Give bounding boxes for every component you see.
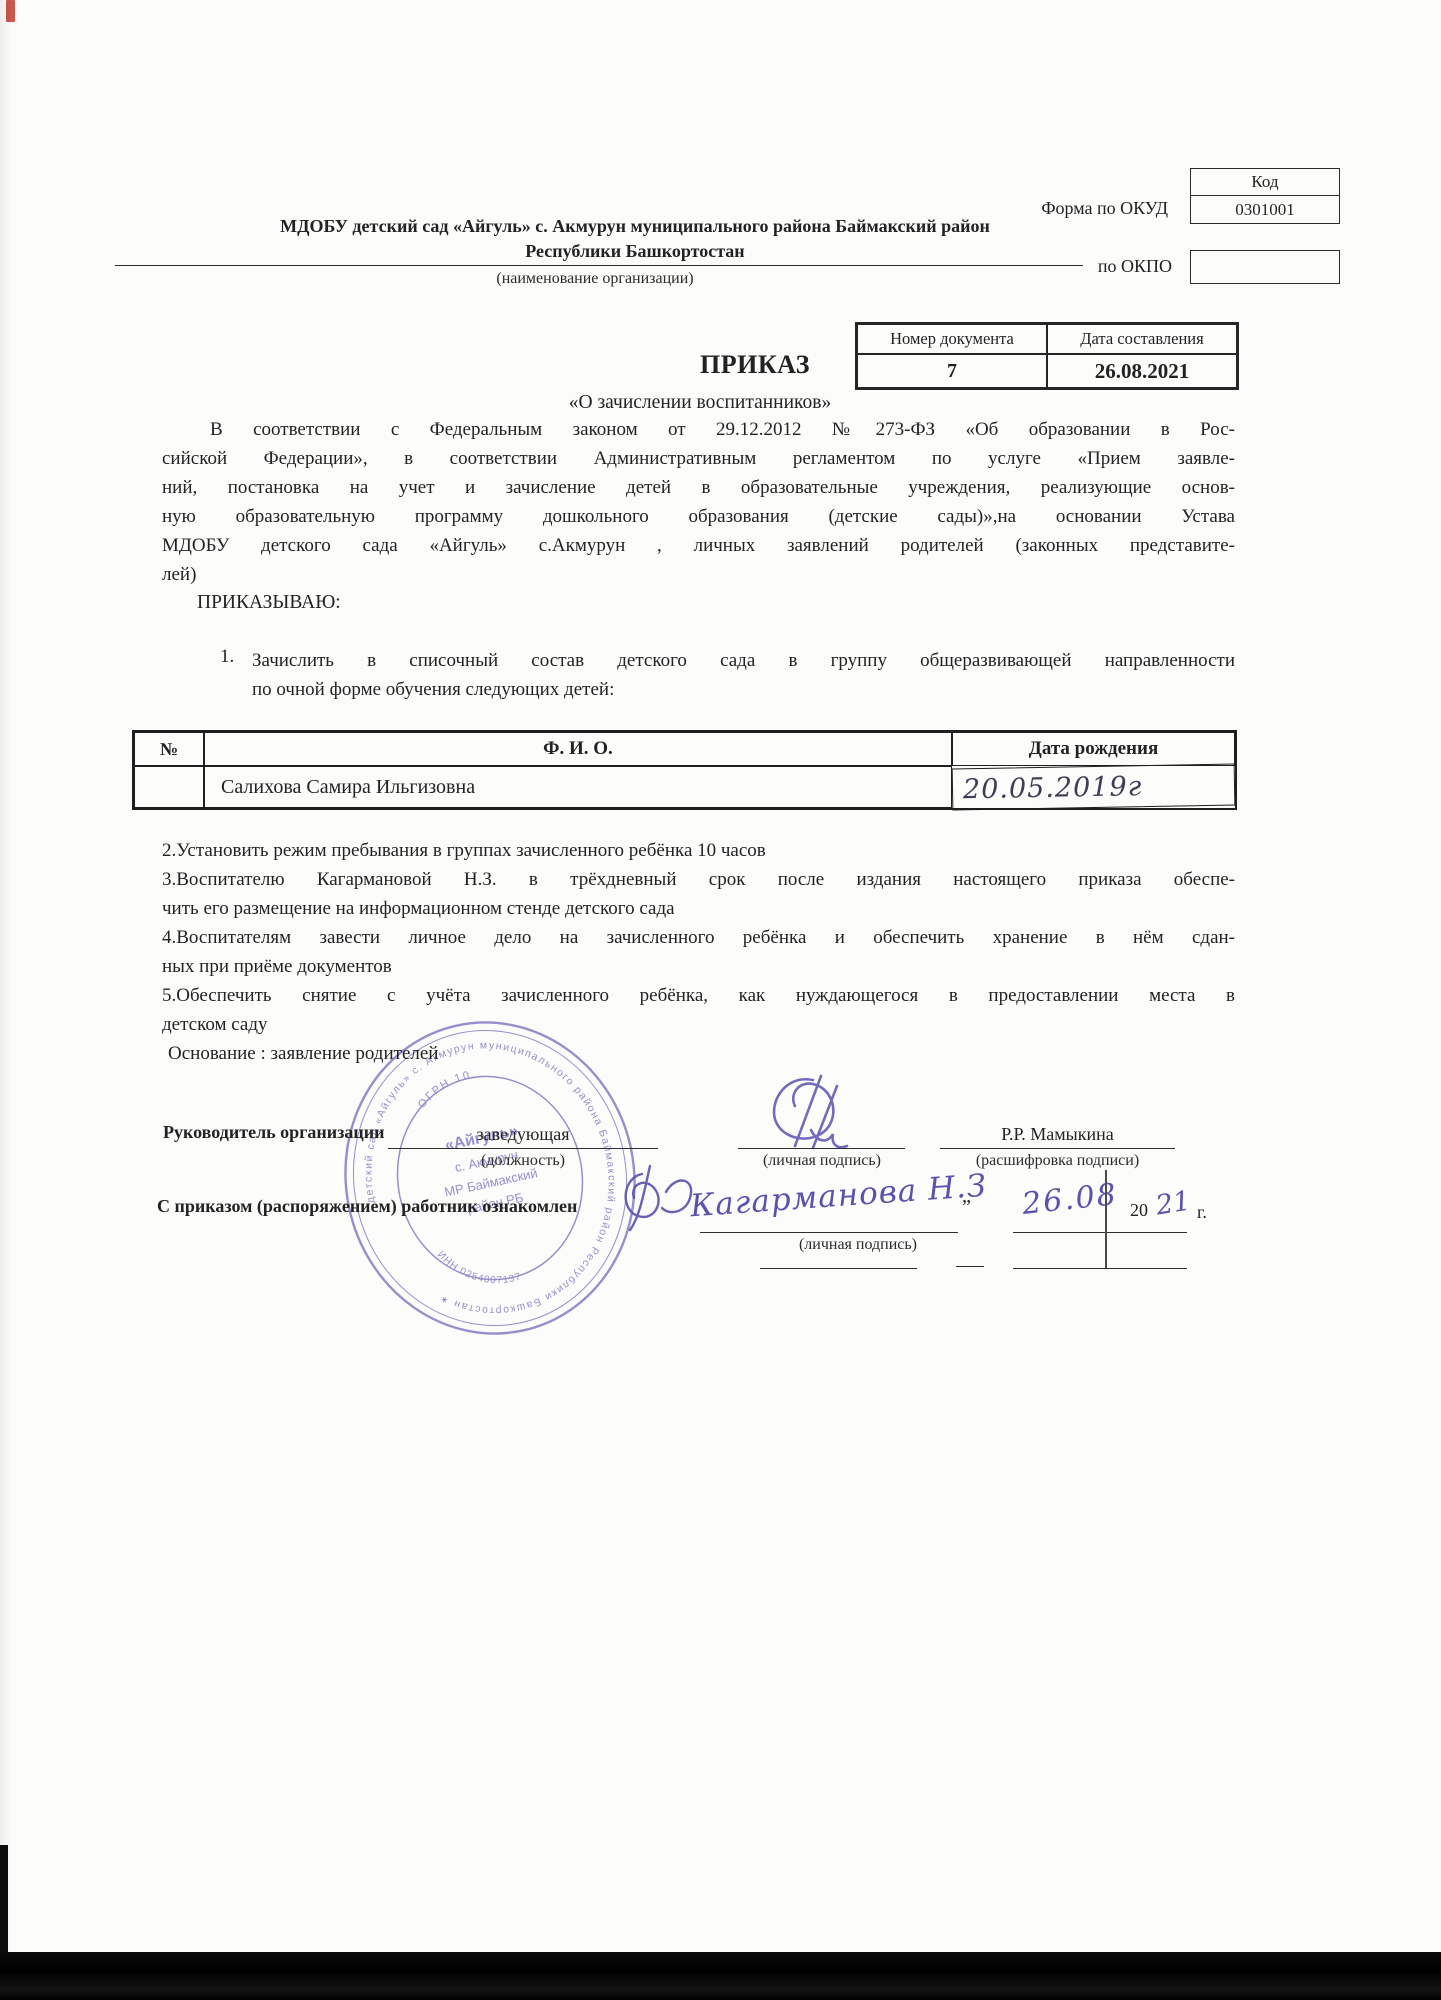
children-table-col-dob: Дата рождения (952, 732, 1235, 766)
order-item-line: ных при приёме документов (162, 952, 1235, 981)
preamble-line: ний, постановка на учет и зачисление дет… (162, 473, 1235, 502)
ack-sign-line (700, 1232, 958, 1233)
personal-sign-caption: (личная подпись) (722, 1152, 922, 1170)
order-item-line: детском саду (162, 1010, 1235, 1039)
children-table-col-num: № (134, 732, 204, 766)
blank-line-left (760, 1268, 917, 1269)
svg-text:ОГРН 10: ОГРН 10 (411, 1069, 476, 1112)
order-items: 2.Установить режим пребывания в группах … (162, 836, 1235, 1068)
position-value: заведующая (388, 1124, 658, 1145)
doc-date-value-cell: 26.08.2021 (1047, 354, 1237, 388)
handwritten-signature-flourish (612, 1162, 702, 1234)
item1-line2: по очной форме обучения следующих детей: (252, 675, 1235, 704)
okud-code-cell: 0301001 (1191, 195, 1339, 223)
org-name-caption: (наименование организации) (155, 270, 1035, 288)
order-item-line: 3.Воспитателю Кагармановой Н.З. в трёхдн… (162, 865, 1235, 894)
org-name-line1: МДОБУ детский сад «Айгуль» с. Акмурун му… (195, 216, 1075, 237)
org-name-underline (115, 265, 1083, 266)
order-item-line: чить его размещение на информационном ст… (162, 894, 1235, 923)
year-suffix-label: г. (1197, 1202, 1207, 1223)
item1-line1: Зачислить в списочный состав детского са… (252, 646, 1235, 675)
date-quote-mark: ” (962, 1196, 971, 1219)
children-table: № Ф. И. О. Дата рождения Салихова Самира… (132, 730, 1237, 810)
handwritten-year-suffix: 21 (1154, 1186, 1193, 1222)
official-stamp: детский сад «Айгуль» с. Акмурун муниципа… (340, 1015, 640, 1340)
acknowledgement-label: С приказом (распоряжением) работник озна… (157, 1196, 577, 1217)
okpo-code-cell (1190, 250, 1340, 284)
doc-date-header-cell: Дата составления (1047, 324, 1237, 354)
item1-number: 1. (220, 646, 234, 668)
doc-number-header-cell: Номер документа (857, 324, 1047, 354)
preamble-line: МДОБУ детского сада «Айгуль» с.Акмурун ,… (162, 531, 1235, 560)
order-item-line: 2.Установить режим пребывания в группах … (162, 836, 1235, 865)
signer-name-value: Р.Р. Мамыкина (940, 1124, 1175, 1145)
order-title: ПРИКАЗ (700, 350, 810, 380)
stamp-ogrn-text: ОГРН 10 (411, 1069, 476, 1112)
code-header-cell: Код (1191, 169, 1339, 195)
scan-left-edge-shadow (0, 0, 12, 2000)
position-line (388, 1148, 658, 1149)
okud-code-table: Код 0301001 (1190, 168, 1340, 224)
signer-name-line (940, 1148, 1175, 1149)
item1-text: Зачислить в списочный состав детского са… (252, 646, 1235, 704)
preamble-line: В соответствии с Федеральным законом от … (162, 415, 1235, 444)
order-basis-line: Основание : заявление родителей (162, 1039, 1235, 1068)
scan-fold-vertical-line (1105, 1170, 1107, 1268)
head-of-org-label: Руководитель организации (163, 1122, 384, 1143)
children-table-col-name: Ф. И. О. (204, 732, 952, 766)
org-name-line2: Республики Башкортостан (195, 241, 1075, 262)
children-table-row-num (134, 766, 204, 808)
doc-number-value-cell: 7 (857, 354, 1047, 388)
blank-line-right (1013, 1268, 1187, 1269)
preamble-line: сийской Федерации», в соответствии Админ… (162, 444, 1235, 473)
resolve-word: ПРИКАЗЫВАЮ: (197, 592, 341, 614)
order-item-line: 4.Воспитателям завести личное дело на за… (162, 923, 1235, 952)
children-table-row-name: Салихова Самира Ильгизовна (204, 766, 952, 808)
preamble-line: ную образовательную программу дошкольног… (162, 502, 1235, 531)
preamble-line: лей) (162, 560, 1235, 589)
order-preamble: В соответствии с Федеральным законом от … (162, 415, 1235, 589)
scanned-order-document: Код 0301001 Форма по ОКУД по ОКПО МДОБУ … (0, 0, 1441, 2000)
ack-sign-caption: (личная подпись) (758, 1236, 958, 1254)
personal-sign-line (738, 1148, 905, 1149)
order-subtitle: «О зачислении воспитанников» (460, 392, 940, 414)
doc-number-table: Номер документа Дата составления 7 26.08… (855, 322, 1239, 390)
signer-name-caption: (расшифровка подписи) (940, 1152, 1175, 1170)
stamp-inn-text: ИНН 0254007137 (434, 1234, 524, 1299)
handwritten-signature-head (755, 1072, 875, 1152)
date-line (1013, 1232, 1187, 1233)
blank-line-short (956, 1266, 984, 1267)
handwritten-signature-kagarmanova: Кагарманова Н.З (689, 1168, 988, 1225)
scan-bottom-black-band (0, 1952, 1441, 2000)
svg-text:ИНН 0254007137: ИНН 0254007137 (434, 1234, 524, 1299)
order-item-line: 5.Обеспечить снятие с учёта зачисленного… (162, 981, 1235, 1010)
handwritten-date-of-birth: 20.05.2019г (952, 764, 1236, 811)
printed-year-prefix: 20 (1130, 1200, 1148, 1221)
